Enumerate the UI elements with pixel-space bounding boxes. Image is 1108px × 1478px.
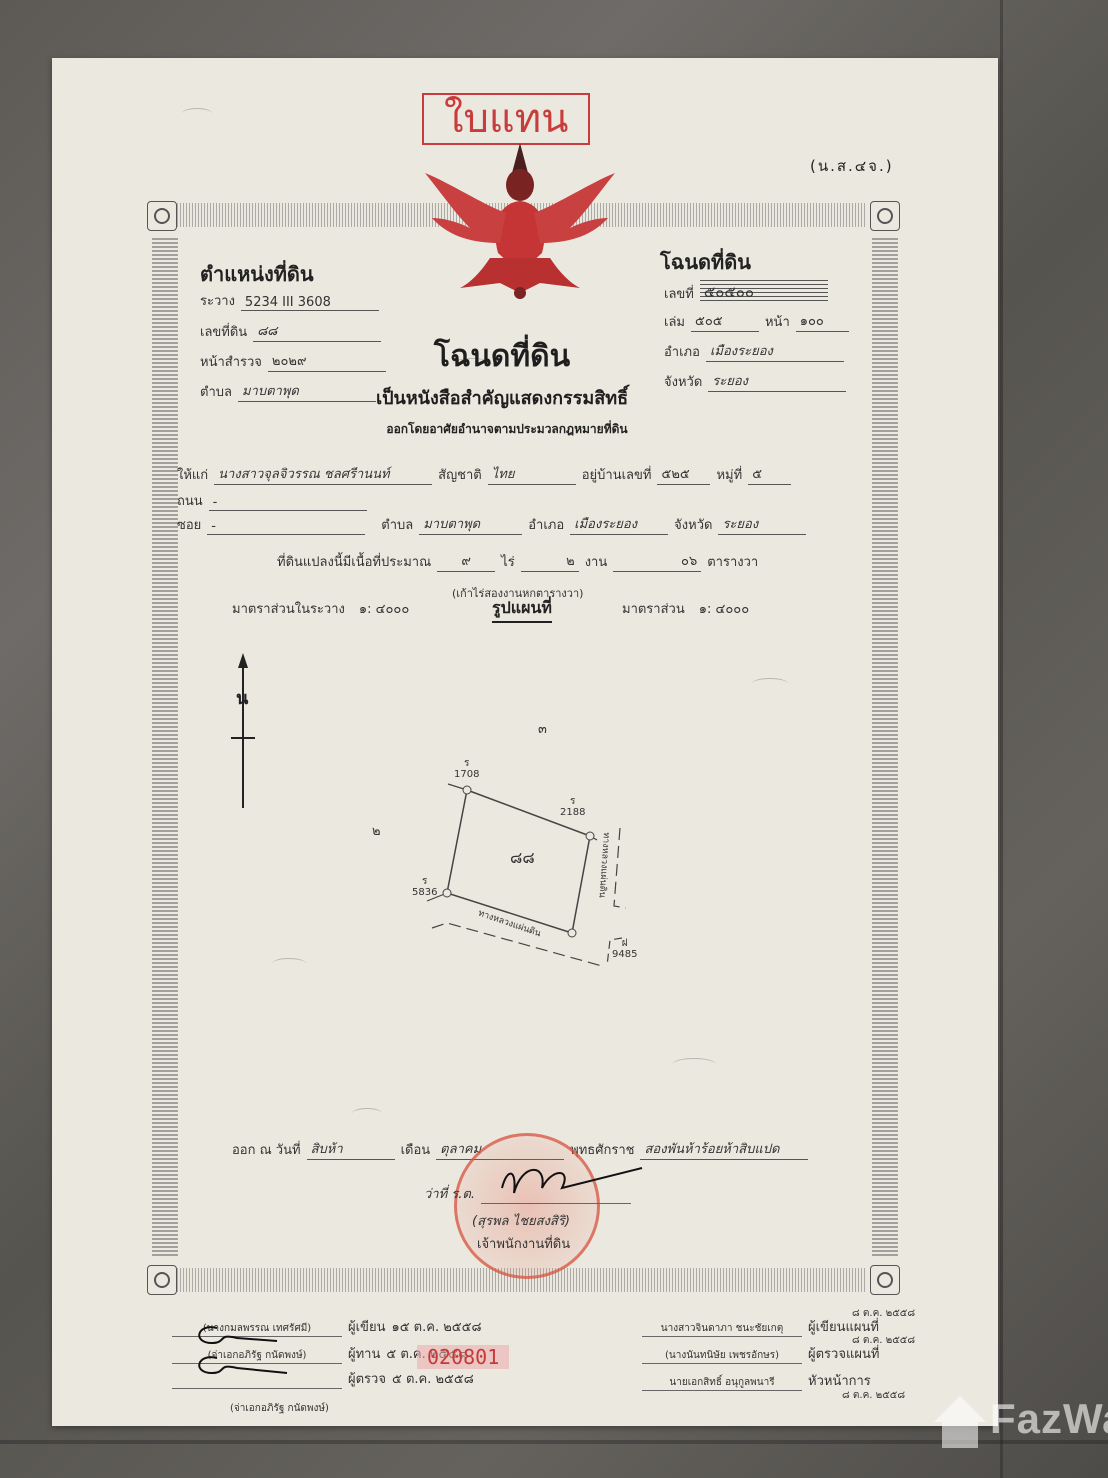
area-row: ที่ดินแปลงนี้มีเนื้อที่ประมาณ ๙ ไร่ ๒ งา… <box>277 550 758 572</box>
house-no: ๕๒๕ <box>657 463 710 485</box>
signature-line <box>481 1203 631 1204</box>
field-label: เลขที่ดิน <box>200 321 247 342</box>
form-code: (น.ส.๔จ.) <box>810 154 894 178</box>
signer-date: ๘ ต.ค. ๒๕๕๘ <box>852 1306 915 1321</box>
marker-letter: ร <box>412 876 437 887</box>
field-label: ตำบล <box>381 514 413 535</box>
sig-right-row-1: นางสาวจินดาภา ชนะชัยเกตุ ผู้เขียนแผนที่ <box>642 1316 879 1337</box>
field-label: มาตราส่วน <box>622 598 685 619</box>
signer-date: ๘ ต.ค. ๒๕๕๘ <box>852 1333 915 1348</box>
marker-code: 2188 <box>560 807 585 818</box>
neighbor-left: ๒ <box>372 820 381 841</box>
province: ระยอง <box>718 513 806 535</box>
border-left <box>152 238 178 1258</box>
scale-row: มาตราส่วนในระวาง ๑: ๔๐๐๐ <box>232 598 409 619</box>
signer-role: ผู้ทาน <box>348 1343 380 1364</box>
signer-name: นางสาวจินดาภา ชนะชัยเกตุ <box>642 1321 802 1337</box>
marker-letter: ร <box>560 796 585 807</box>
field-label: สัญชาติ <box>438 464 482 485</box>
house-logo-icon <box>930 1392 990 1452</box>
corner-ornament-icon <box>870 1265 900 1295</box>
field-label: มาตราส่วนในระวาง <box>232 598 345 619</box>
field-value: ระยอง <box>708 370 846 392</box>
marker-code: 1708 <box>454 769 479 780</box>
subtitle: เป็นหนังสือสำคัญแสดงกรรมสิทธิ์ <box>332 383 672 412</box>
issued-under: ออกโดยอาศัยอำนาจตามประมวลกฎหมายที่ดิน <box>342 420 672 439</box>
field-label: หน้าสำรวจ <box>200 351 262 372</box>
district: เมืองระยอง <box>570 513 668 535</box>
field-value: ๕๐๕ <box>691 310 759 332</box>
corner-ornament-icon <box>870 201 900 231</box>
neighbor-top: ๓ <box>538 718 547 739</box>
field-label: ระวาง <box>200 290 235 311</box>
field-label: ตำบล <box>200 381 232 402</box>
marker-letter: ฝ <box>612 938 637 949</box>
issue-year: สองพันห้าร้อยห้าสิบแปด <box>640 1138 808 1160</box>
soi-row: ซอย - ตำบล มาบตาพุด อำเภอ เมืองระยอง จัง… <box>177 513 806 535</box>
field-label: เลขที่ <box>664 283 694 304</box>
area-rai: ๙ <box>437 550 495 572</box>
paper-fiber <box>752 678 788 689</box>
marker-letter: ร <box>454 758 479 769</box>
area-sq-wa: ๐๖ <box>613 550 701 572</box>
border-right <box>872 238 898 1258</box>
north-arrow-icon <box>228 653 258 813</box>
marker-code: 5836 <box>412 887 437 898</box>
map-scale: ๑: ๔๐๐๐ <box>359 598 409 619</box>
corner-ornament-icon <box>147 201 177 231</box>
field-label: ตารางวา <box>707 551 758 572</box>
replacement-label: ใบแทน <box>422 93 590 145</box>
land-title-deed: ใบแทน (น.ส.๔จ.) ตำแหน่งที่ดิน ระวาง 5234… <box>52 58 998 1426</box>
signer-date: ๕ ต.ค. ๒๕๕๘ <box>392 1368 474 1389</box>
issue-day: สิบห้า <box>307 1138 395 1160</box>
sig-right-row-3: นายเอกสิทธิ์ อนุกูลพนารี หัวหน้าการ <box>642 1370 871 1391</box>
marker-3: ร 5836 <box>412 876 437 898</box>
field-label: อำเภอ <box>664 341 700 362</box>
field-value: ๑๐๐ <box>796 310 849 332</box>
field-label: ที่ดินแปลงนี้มีเนื้อที่ประมาณ <box>277 551 431 572</box>
floor-seam <box>1000 0 1003 1478</box>
field-value: ๕๐๕๐๐ <box>700 280 828 304</box>
deed-heading: โฉนดที่ดิน <box>660 246 751 278</box>
field-label: หมู่ที่ <box>716 464 742 485</box>
north-label: น <box>236 683 248 712</box>
nationality: ไทย <box>488 463 576 485</box>
serial-number: 020801 <box>417 1345 509 1369</box>
marker-4: ฝ 9485 <box>612 938 637 960</box>
field-label: งาน <box>585 551 608 572</box>
official-prefix: ว่าที่ ร.ต. <box>424 1183 475 1204</box>
paper-fiber <box>672 1058 716 1071</box>
field-label: จังหวัด <box>674 514 712 535</box>
field-label: ให้แก่ <box>177 464 208 485</box>
field-deed-no: เลขที่ ๕๐๕๐๐ <box>664 280 828 304</box>
signer-date: ๘ ต.ค. ๒๕๕๘ <box>842 1388 905 1403</box>
road: - <box>209 495 367 511</box>
field-value: เมืองระยอง <box>706 340 844 362</box>
marker-2: ร 2188 <box>560 796 585 818</box>
signer-name: นายเอกสิทธิ์ อนุกูลพนารี <box>642 1375 802 1391</box>
owner-name: นางสาวจุลจิวรรณ ชลศรีานนท์ <box>214 463 432 485</box>
main-title: โฉนดที่ดิน <box>352 333 652 380</box>
field-label: ถนน <box>177 490 203 511</box>
paper-fiber <box>272 958 306 969</box>
field-volume-page: เล่ม ๕๐๕ หน้า ๑๐๐ <box>664 310 849 332</box>
signer-name: (นางนันทนิษัย เพชรอักษร) <box>642 1348 802 1364</box>
field-label: เดือน <box>401 1139 431 1160</box>
field-value: 5234 III 3608 <box>241 295 379 311</box>
owner-row: ให้แก่ นางสาวจุลจิวรรณ ชลศรีานนท์ สัญชาต… <box>177 463 791 485</box>
subdistrict: มาบตาพุด <box>419 513 522 535</box>
plan-scale-row: มาตราส่วน ๑: ๔๐๐๐ <box>622 598 749 619</box>
sig-left-footer: (จ่าเอกอภิรัฐ กนัดพงษ์) <box>230 1401 329 1416</box>
official-name: (สุรพล ไชยสงสิริ) <box>472 1210 570 1231</box>
signer-date: ๑๕ ต.ค. ๒๕๕๘ <box>391 1316 481 1337</box>
official-row: ว่าที่ ร.ต. <box>424 1183 631 1204</box>
paper-fiber <box>352 1108 382 1119</box>
signer-name <box>172 1388 342 1389</box>
garuda-emblem-icon <box>420 143 620 303</box>
marker-code: 9485 <box>612 949 637 960</box>
official-title: เจ้าพนักงานที่ดิน <box>477 1233 570 1254</box>
parcel-number: ๘๘ <box>510 846 535 871</box>
signer-role: ผู้เขียน <box>348 1316 385 1337</box>
paper-fiber <box>182 108 212 119</box>
field-province: จังหวัด ระยอง <box>664 370 846 392</box>
plan-scale: ๑: ๔๐๐๐ <box>699 598 749 619</box>
moo: ๕ <box>748 463 791 485</box>
corner-ornament-icon <box>147 1265 177 1295</box>
field-label: อยู่บ้านเลขที่ <box>582 464 652 485</box>
field-map-sheet: ระวาง 5234 III 3608 <box>200 290 379 311</box>
field-label: อำเภอ <box>528 514 564 535</box>
signer-role: ผู้ตรวจ <box>348 1368 386 1389</box>
location-heading: ตำแหน่งที่ดิน <box>200 258 314 290</box>
field-label: หน้า <box>765 311 790 332</box>
field-label: ออก ณ วันที่ <box>232 1139 301 1160</box>
road-row: ถนน - <box>177 490 367 511</box>
plan-title: รูปแผนที่ <box>492 596 552 623</box>
sig-right-row-2: (นางนันทนิษัย เพชรอักษร) ผู้ตรวจแผนที่ <box>642 1343 879 1364</box>
marker-1: ร 1708 <box>454 758 479 780</box>
soi: - <box>207 519 365 535</box>
field-label: เล่ม <box>664 311 685 332</box>
field-label: ไร่ <box>501 551 515 572</box>
field-label: ซอย <box>177 514 201 535</box>
field-district: อำเภอ เมืองระยอง <box>664 340 844 362</box>
watermark-logo: FazWaz <box>990 1395 1108 1443</box>
area-ngan: ๒ <box>521 550 579 572</box>
handwritten-signatures <box>187 1313 297 1383</box>
